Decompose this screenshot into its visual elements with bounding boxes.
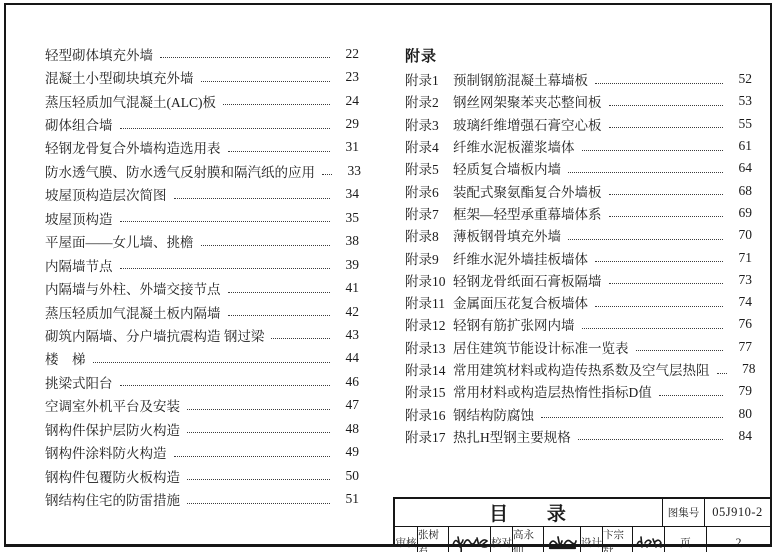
dotted-leader: [201, 81, 331, 82]
appendix-entry-title: 钢丝网架聚苯夹芯整间板: [453, 91, 609, 111]
appendix-entry-title: 轻质复合墙板内墙: [453, 158, 568, 178]
appendix-entry-label: 附录6: [405, 181, 453, 201]
toc-entry-page: 38: [337, 233, 359, 249]
dotted-leader: [609, 283, 724, 284]
appendix-column: 附录1 预制钢筋混凝土幕墙板 52 附录2 钢丝网架聚苯夹芯整间板 53 附录3…: [405, 68, 752, 447]
proofreader-signature: [543, 527, 580, 552]
appendix-entry-title: 常用建筑材料或构造传热系数及空气层热阻: [453, 359, 717, 379]
appendix-entry-page: 79: [730, 383, 752, 399]
dotted-leader: [609, 216, 724, 217]
dotted-leader: [595, 306, 723, 307]
toc-entry-title: 坡屋顶构造: [45, 208, 120, 228]
toc-entry-page: 24: [337, 93, 359, 109]
reviewer-name: 张树君: [417, 527, 448, 552]
appendix-entry-page: 74: [730, 294, 752, 310]
dotted-leader: [120, 128, 331, 129]
appendix-entry-title: 框架—轻型承重幕墙体系: [453, 203, 609, 223]
toc-entry-title: 楼 梯: [45, 348, 93, 368]
dotted-leader: [187, 503, 330, 504]
appendix-entry-label: 附录3: [405, 114, 453, 134]
appendix-entry: 附录17 热扎H型钢主要规格 84: [405, 425, 752, 447]
toc-entry-title: 空调室外机平台及安装: [45, 395, 187, 415]
dotted-leader: [187, 479, 330, 480]
appendix-entry: 附录13 居住建筑节能设计标准一览表 77: [405, 336, 752, 358]
dotted-leader: [609, 194, 724, 195]
appendix-entry: 附录5 轻质复合墙板内墙 64: [405, 157, 752, 179]
appendix-entry-title: 热扎H型钢主要规格: [453, 426, 578, 446]
appendix-entry-title: 居住建筑节能设计标准一览表: [453, 337, 636, 357]
atlas-number: 05J910-2: [704, 499, 770, 526]
toc-entry-page: 49: [337, 444, 359, 460]
page-number: 2: [706, 527, 770, 552]
toc-entry: 钢构件包覆防火板构造 50: [45, 464, 359, 487]
toc-entry-title: 平屋面——女儿墙、挑檐: [45, 231, 201, 251]
dotted-leader: [322, 174, 332, 175]
dotted-leader: [717, 373, 727, 374]
dotted-leader: [187, 409, 330, 410]
dotted-leader: [568, 172, 723, 173]
appendix-entry-label: 附录15: [405, 381, 453, 401]
proofreader-label: 校对: [490, 527, 512, 552]
appendix-entry-page: 80: [730, 406, 752, 422]
appendix-entry-page: 84: [730, 428, 752, 444]
dotted-leader: [636, 350, 724, 351]
appendix-entry-label: 附录2: [405, 91, 453, 111]
appendix-entry: 附录4 纤维水泥板灌浆墙体 61: [405, 135, 752, 157]
dotted-leader: [568, 239, 723, 240]
dotted-leader: [271, 338, 330, 339]
dotted-leader: [659, 395, 723, 396]
dotted-leader: [578, 439, 723, 440]
toc-entry: 平屋面——女儿墙、挑檐 38: [45, 230, 359, 253]
toc-entry-page: 47: [337, 397, 359, 413]
dotted-leader: [120, 385, 331, 386]
appendix-entry: 附录10 轻钢龙骨纸面石膏板隔墙 73: [405, 269, 752, 291]
toc-entry-page: 46: [337, 374, 359, 390]
dotted-leader: [541, 417, 723, 418]
toc-entry-title: 砌筑内隔墙、分户墙抗震构造 钢过梁: [45, 325, 271, 345]
page-title: 目 录: [395, 499, 662, 526]
appendix-entry-page: 78: [734, 361, 756, 377]
dotted-leader: [160, 57, 330, 58]
appendix-entry-page: 73: [730, 272, 752, 288]
toc-entry-title: 蒸压轻质加气混凝土板内隔墙: [45, 302, 228, 322]
dotted-leader: [93, 362, 331, 363]
appendix-entry: 附录1 预制钢筋混凝土幕墙板 52: [405, 68, 752, 90]
toc-entry: 坡屋顶构造层次简图 34: [45, 183, 359, 206]
toc-entry-title: 钢构件包覆防火板构造: [45, 466, 187, 486]
dotted-leader: [609, 127, 724, 128]
toc-entry-page: 48: [337, 421, 359, 437]
toc-entry-title: 砌体组合墙: [45, 114, 120, 134]
toc-entry-page: 44: [337, 350, 359, 366]
appendix-entry-title: 常用材料或构造层热惰性指标D值: [453, 381, 659, 401]
page-label: 页: [664, 527, 706, 552]
appendix-entry-title: 玻璃纤维增强石膏空心板: [453, 114, 609, 134]
appendix-entry-label: 附录12: [405, 314, 453, 334]
appendix-entry-label: 附录4: [405, 136, 453, 156]
dotted-leader: [582, 150, 724, 151]
dotted-leader: [595, 83, 723, 84]
appendix-entry: 附录15 常用材料或构造层热惰性指标D值 79: [405, 380, 752, 402]
dotted-leader: [228, 315, 331, 316]
appendix-entry-page: 55: [730, 116, 752, 132]
appendix-entry-label: 附录7: [405, 203, 453, 223]
title-block-top-row: 目 录 图集号 05J910-2: [395, 499, 770, 527]
appendix-entry-label: 附录17: [405, 426, 453, 446]
toc-entry-page: 29: [337, 116, 359, 132]
toc-entry-page: 43: [337, 327, 359, 343]
toc-entry: 砌体组合墙 29: [45, 112, 359, 135]
appendix-entry-label: 附录11: [405, 292, 453, 312]
toc-entry-title: 钢构件涂料防火构造: [45, 442, 174, 462]
document-page: 轻型砌体填充外墙 22 混凝土小型砌块填充外墙 23 蒸压轻质加气混凝土(ALC…: [0, 0, 776, 552]
appendix-entry-label: 附录16: [405, 404, 453, 424]
appendix-entry: 附录3 玻璃纤维增强石膏空心板 55: [405, 113, 752, 135]
appendix-entry-label: 附录14: [405, 359, 453, 379]
toc-entry-page: 23: [337, 69, 359, 85]
toc-entry-page: 42: [337, 304, 359, 320]
appendix-entry-page: 77: [730, 339, 752, 355]
appendix-entry-title: 轻钢龙骨纸面石膏板隔墙: [453, 270, 609, 290]
toc-entry: 楼 梯 44: [45, 347, 359, 370]
toc-entry: 防水透气膜、防水透气反射膜和隔汽纸的应用 33: [45, 159, 359, 182]
toc-entry-page: 51: [337, 491, 359, 507]
appendix-entry-page: 68: [730, 183, 752, 199]
appendix-entry: 附录9 纤维水泥外墙挂板墙体 71: [405, 246, 752, 268]
appendix-entry-title: 装配式聚氨酯复合外墙板: [453, 181, 609, 201]
toc-entry: 轻型砌体填充外墙 22: [45, 42, 359, 65]
title-block-signature-row: 审核 张树君 校对 高永仙 设计 卞宗舒 页: [395, 527, 770, 552]
dotted-leader: [120, 221, 331, 222]
appendix-entry-page: 61: [730, 138, 752, 154]
toc-entry-title: 钢构件保护层防火构造: [45, 419, 187, 439]
proofreader-name: 高永仙: [512, 527, 543, 552]
toc-entry-page: 33: [339, 163, 361, 179]
toc-entry: 钢构件涂料防火构造 49: [45, 440, 359, 463]
dotted-leader: [201, 245, 331, 246]
toc-entry: 坡屋顶构造 35: [45, 206, 359, 229]
toc-entry-title: 内隔墙节点: [45, 255, 120, 275]
appendix-entry-title: 轻钢有筋扩张网内墙: [453, 314, 582, 334]
dotted-leader: [174, 198, 331, 199]
appendix-entry-label: 附录13: [405, 337, 453, 357]
dotted-leader: [228, 292, 331, 293]
designer-label: 设计: [580, 527, 602, 552]
toc-left-column: 轻型砌体填充外墙 22 混凝土小型砌块填充外墙 23 蒸压轻质加气混凝土(ALC…: [45, 42, 359, 511]
toc-entry: 钢构件保护层防火构造 48: [45, 417, 359, 440]
designer-signature: [632, 527, 664, 552]
reviewer-label: 审核: [395, 527, 417, 552]
appendix-entry-label: 附录5: [405, 158, 453, 178]
appendix-heading: 附录: [405, 45, 437, 66]
appendix-entry-label: 附录9: [405, 248, 453, 268]
toc-entry-title: 防水透气膜、防水透气反射膜和隔汽纸的应用: [45, 161, 322, 181]
dotted-leader: [582, 328, 724, 329]
atlas-number-label: 图集号: [662, 499, 704, 526]
toc-entry: 内隔墙节点 39: [45, 253, 359, 276]
dotted-leader: [223, 104, 330, 105]
toc-entry-title: 内隔墙与外柱、外墙交接节点: [45, 278, 228, 298]
toc-entry: 轻钢龙骨复合外墙构造选用表 31: [45, 136, 359, 159]
toc-entry-title: 挑梁式阳台: [45, 372, 120, 392]
appendix-entry-title: 预制钢筋混凝土幕墙板: [453, 69, 595, 89]
toc-entry-page: 39: [337, 257, 359, 273]
appendix-entry-page: 70: [730, 227, 752, 243]
toc-entry-title: 钢结构住宅的防雷措施: [45, 489, 187, 509]
designer-name: 卞宗舒: [602, 527, 632, 552]
toc-entry-page: 34: [337, 186, 359, 202]
appendix-entry: 附录11 金属面压花复合板墙体 74: [405, 291, 752, 313]
dotted-leader: [609, 105, 724, 106]
appendix-entry-title: 金属面压花复合板墙体: [453, 292, 595, 312]
appendix-entry: 附录12 轻钢有筋扩张网内墙 76: [405, 313, 752, 335]
appendix-entry-page: 53: [730, 93, 752, 109]
toc-entry: 砌筑内隔墙、分户墙抗震构造 钢过梁 43: [45, 323, 359, 346]
appendix-entry: 附录14 常用建筑材料或构造传热系数及空气层热阻 78: [405, 358, 752, 380]
appendix-entry-title: 纤维水泥外墙挂板墙体: [453, 248, 595, 268]
toc-entry-page: 22: [337, 46, 359, 62]
appendix-entry-page: 71: [730, 250, 752, 266]
toc-entry-title: 混凝土小型砌块填充外墙: [45, 67, 201, 87]
appendix-entry-label: 附录10: [405, 270, 453, 290]
toc-entry-title: 蒸压轻质加气混凝土(ALC)板: [45, 91, 223, 111]
toc-entry: 蒸压轻质加气混凝土(ALC)板 24: [45, 89, 359, 112]
appendix-entry-label: 附录8: [405, 225, 453, 245]
toc-entry-page: 41: [337, 280, 359, 296]
appendix-entry-page: 69: [730, 205, 752, 221]
appendix-entry-title: 钢结构防腐蚀: [453, 404, 541, 424]
toc-entry-page: 31: [337, 139, 359, 155]
reviewer-signature: [448, 527, 490, 552]
toc-entry-title: 轻钢龙骨复合外墙构造选用表: [45, 137, 228, 157]
dotted-leader: [120, 268, 331, 269]
dotted-leader: [174, 456, 331, 457]
appendix-entry: 附录2 钢丝网架聚苯夹芯整间板 53: [405, 90, 752, 112]
appendix-entry-title: 纤维水泥板灌浆墙体: [453, 136, 582, 156]
toc-entry-page: 50: [337, 468, 359, 484]
appendix-entry: 附录8 薄板钢骨填充外墙 70: [405, 224, 752, 246]
toc-entry-title: 坡屋顶构造层次简图: [45, 184, 174, 204]
appendix-entry-page: 64: [730, 160, 752, 176]
toc-entry: 挑梁式阳台 46: [45, 370, 359, 393]
appendix-entry-label: 附录1: [405, 69, 453, 89]
toc-entry-page: 35: [337, 210, 359, 226]
toc-entry: 钢结构住宅的防雷措施 51: [45, 487, 359, 510]
appendix-entry: 附录6 装配式聚氨酯复合外墙板 68: [405, 179, 752, 201]
appendix-entry: 附录16 钢结构防腐蚀 80: [405, 402, 752, 424]
toc-entry: 混凝土小型砌块填充外墙 23: [45, 65, 359, 88]
appendix-entry-page: 52: [730, 71, 752, 87]
dotted-leader: [228, 151, 331, 152]
dotted-leader: [187, 432, 330, 433]
toc-entry: 内隔墙与外柱、外墙交接节点 41: [45, 276, 359, 299]
appendix-entry-page: 76: [730, 316, 752, 332]
toc-entry-title: 轻型砌体填充外墙: [45, 44, 160, 64]
appendix-entry-title: 薄板钢骨填充外墙: [453, 225, 568, 245]
toc-entry: 蒸压轻质加气混凝土板内隔墙 42: [45, 300, 359, 323]
toc-entry: 空调室外机平台及安装 47: [45, 394, 359, 417]
appendix-entry: 附录7 框架—轻型承重幕墙体系 69: [405, 202, 752, 224]
title-block: 目 录 图集号 05J910-2 审核 张树君 校对 高永仙 设计 卞宗舒: [393, 497, 772, 546]
dotted-leader: [595, 261, 723, 262]
